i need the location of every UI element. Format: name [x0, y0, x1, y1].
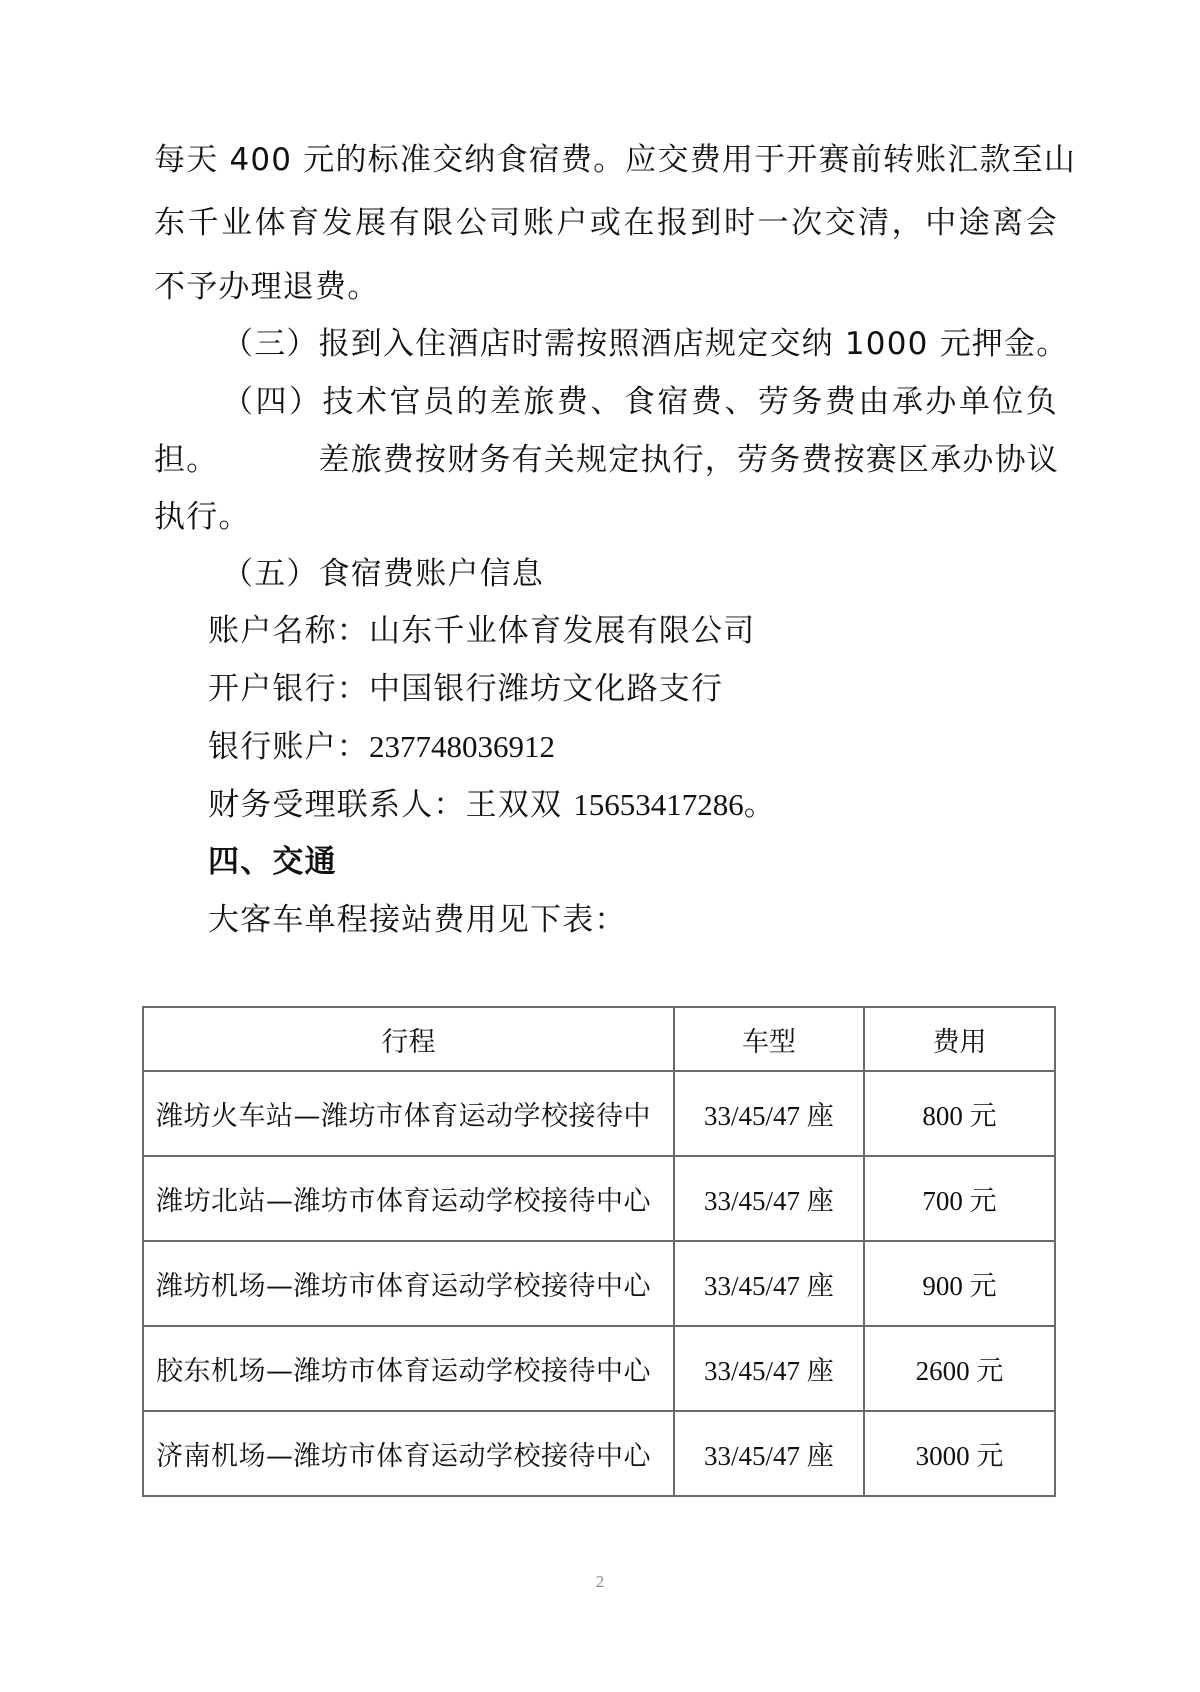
fee-cell: 900 元 [864, 1241, 1055, 1326]
paragraph-officials-line-2: 担。差旅费按财务有关规定执行，劳务费按赛区承办协议 [154, 440, 1058, 480]
paragraph-officials-line-2-start: 担。 [154, 442, 218, 478]
page-number: 2 [0, 1572, 1200, 1592]
route-cell: 潍坊机场—潍坊市体育运动学校接待中心 [143, 1241, 674, 1326]
header-fee: 费用 [864, 1007, 1055, 1071]
paragraph-fee-line-1: 每天 400 元的标准交纳食宿费。应交费用于开赛前转账汇款至山 [154, 140, 1058, 180]
table-row: 胶东机场—潍坊市体育运动学校接待中心 33/45/47 座 2600 元 [143, 1326, 1055, 1411]
route-cell: 潍坊北站—潍坊市体育运动学校接待中心 [143, 1156, 674, 1241]
section-heading-transport: 四、交通 [208, 842, 1112, 882]
fee-unit: 元 [970, 1271, 997, 1302]
table-intro: 大客车单程接站费用见下表： [208, 900, 1112, 940]
account-number-label: 银行账户： [208, 729, 369, 765]
account-number-value: 237748036912 [369, 729, 555, 764]
fee-cell: 800 元 [864, 1071, 1055, 1156]
fee-cell: 700 元 [864, 1156, 1055, 1241]
route-cell: 济南机场—潍坊市体育运动学校接待中心 [143, 1411, 674, 1496]
fee-amount: 700 [922, 1186, 963, 1216]
account-name-value: 山东千业体育发展有限公司 [369, 613, 755, 649]
paragraph-deposit: （三）报到入住酒店时需按照酒店规定交纳 1000 元押金。 [222, 324, 1126, 364]
header-route: 行程 [143, 1007, 674, 1071]
header-vehicle: 车型 [674, 1007, 864, 1071]
vehicle-cell: 33/45/47 座 [674, 1071, 864, 1156]
vehicle-cell: 33/45/47 座 [674, 1156, 864, 1241]
bank-label: 开户银行： [208, 671, 369, 707]
route-cell: 潍坊火车站—潍坊市体育运动学校接待中 [143, 1071, 674, 1156]
fee-cell: 3000 元 [864, 1411, 1055, 1496]
paragraph-officials-line-3: 执行。 [154, 497, 1058, 537]
account-info-heading: （五）食宿费账户信息 [222, 554, 1126, 594]
fee-amount: 3000 [916, 1441, 970, 1471]
table-row: 潍坊火车站—潍坊市体育运动学校接待中 33/45/47 座 800 元 [143, 1071, 1055, 1156]
bank-line: 开户银行：中国银行潍坊文化路支行 [208, 669, 1112, 709]
paragraph-officials-line-2-rest: 差旅费按财务有关规定执行，劳务费按赛区承办协议 [318, 442, 1059, 478]
contact-suffix: 。 [744, 787, 776, 823]
fee-amount: 900 [922, 1271, 963, 1301]
contact-phone: 15653417286 [573, 787, 744, 822]
table-row: 潍坊机场—潍坊市体育运动学校接待中心 33/45/47 座 900 元 [143, 1241, 1055, 1326]
account-number-line: 银行账户：237748036912 [208, 727, 1112, 767]
fee-cell: 2600 元 [864, 1326, 1055, 1411]
vehicle-cell: 33/45/47 座 [674, 1411, 864, 1496]
fee-unit: 元 [976, 1441, 1003, 1472]
fee-unit: 元 [976, 1356, 1003, 1387]
table-header-row: 行程 车型 费用 [143, 1007, 1055, 1071]
contact-label: 财务受理联系人： [208, 787, 466, 823]
contact-name: 王双双 [466, 787, 563, 823]
fee-amount: 800 [922, 1101, 963, 1131]
shuttle-fee-table: 行程 车型 费用 潍坊火车站—潍坊市体育运动学校接待中 33/45/47 座 8… [142, 1006, 1056, 1497]
paragraph-fee-line-2: 东千业体育发展有限公司账户或在报到时一次交清，中途离会 [154, 203, 1058, 243]
table-row: 潍坊北站—潍坊市体育运动学校接待中心 33/45/47 座 700 元 [143, 1156, 1055, 1241]
fee-unit: 元 [970, 1101, 997, 1132]
bank-value: 中国银行潍坊文化路支行 [369, 671, 723, 707]
account-name-label: 账户名称： [208, 613, 369, 649]
vehicle-cell: 33/45/47 座 [674, 1241, 864, 1326]
paragraph-fee-line-3: 不予办理退费。 [154, 267, 1058, 307]
route-cell: 胶东机场—潍坊市体育运动学校接待中心 [143, 1326, 674, 1411]
paragraph-officials-line-1: （四）技术官员的差旅费、食宿费、劳务费由承办单位负 [222, 382, 1058, 422]
vehicle-cell: 33/45/47 座 [674, 1326, 864, 1411]
fee-amount: 2600 [916, 1356, 970, 1386]
table-row: 济南机场—潍坊市体育运动学校接待中心 33/45/47 座 3000 元 [143, 1411, 1055, 1496]
document-page: 每天 400 元的标准交纳食宿费。应交费用于开赛前转账汇款至山 东千业体育发展有… [0, 0, 1200, 1692]
fee-unit: 元 [970, 1186, 997, 1217]
contact-line: 财务受理联系人：王双双 15653417286。 [208, 785, 1112, 825]
account-name-line: 账户名称：山东千业体育发展有限公司 [208, 611, 1112, 651]
